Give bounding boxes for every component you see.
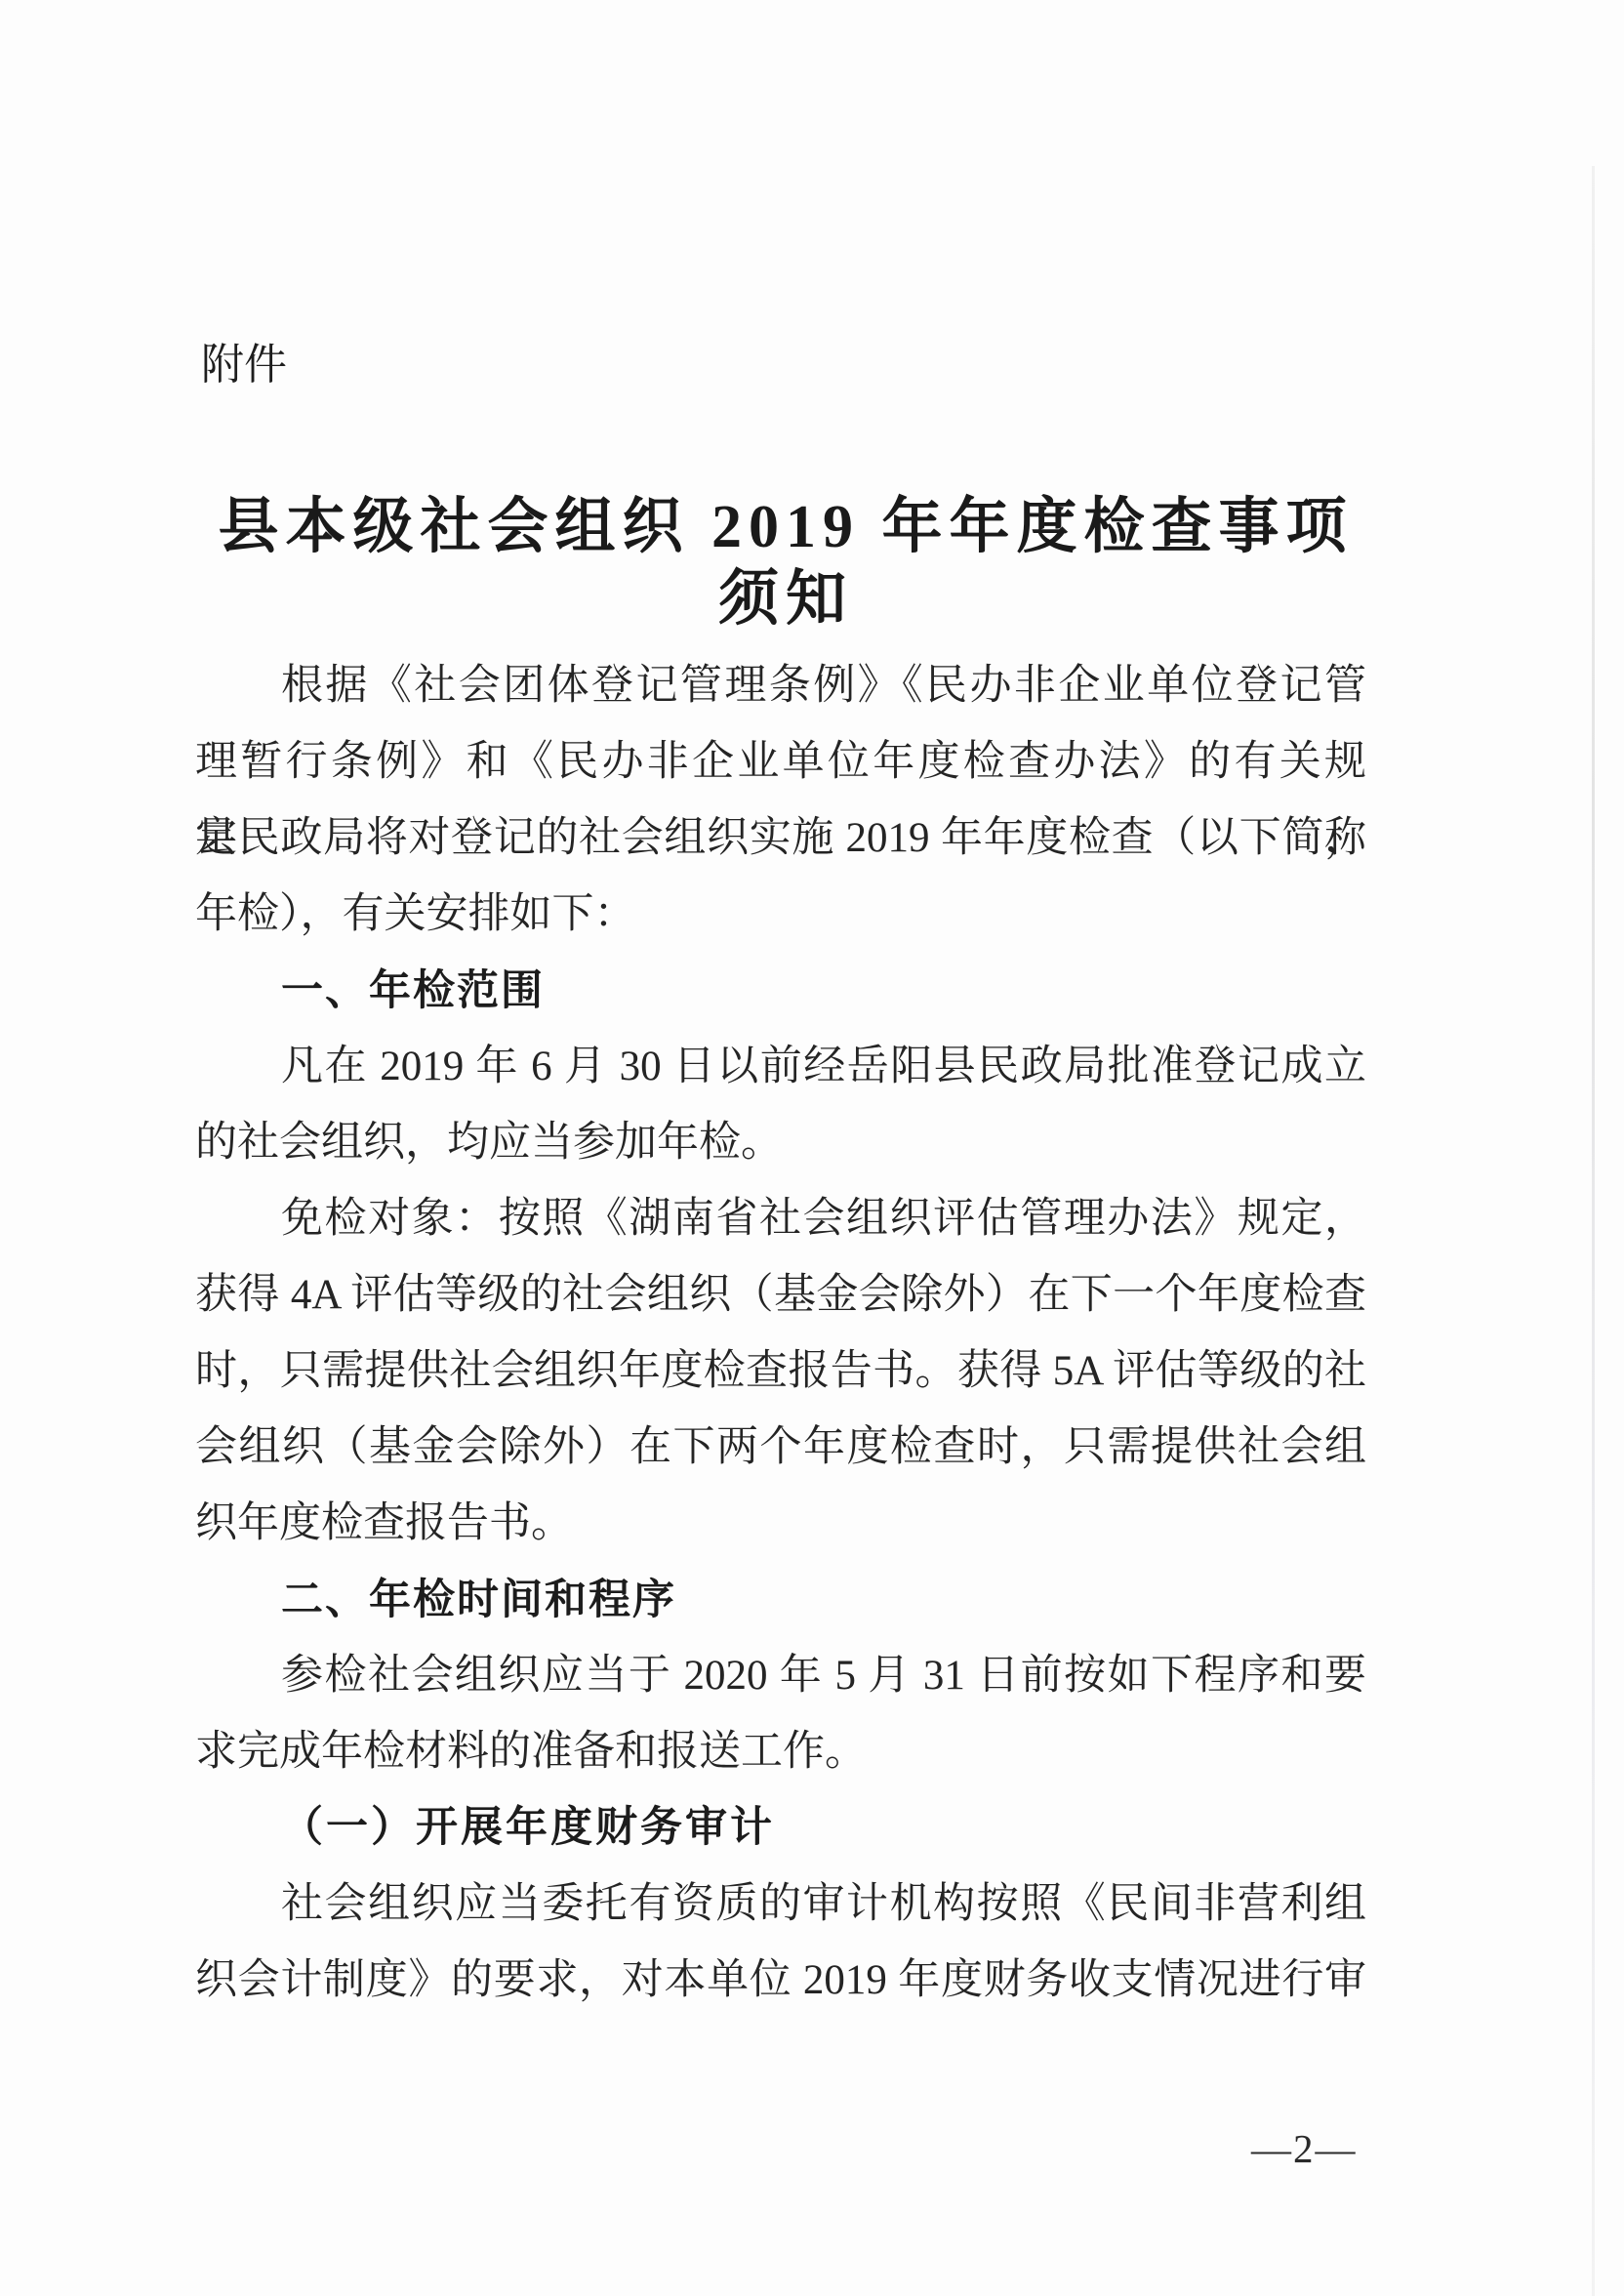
- body-line: 会组织（基金会除外）在下两个年度检查时，只需提供社会组: [195, 1410, 1366, 1486]
- body-line: 的社会组织，均应当参加年检。: [195, 1105, 1366, 1181]
- body-line: 县民政局将对登记的社会组织实施 2019 年年度检查（以下简称: [195, 800, 1366, 877]
- body-line: 织会计制度》的要求，对本单位 2019 年度财务收支情况进行审: [195, 1943, 1366, 2019]
- body-line: 参检社会组织应当于 2020 年 5 月 31 日前按如下程序和要: [195, 1638, 1366, 1714]
- body-line: 织年度检查报告书。: [195, 1486, 1366, 1562]
- scan-edge-artifact: [1592, 166, 1595, 2296]
- body-line: 社会组织应当委托有资质的审计机构按照《民间非营利组: [195, 1866, 1366, 1943]
- heading-annual-inspection-scope: 一、年检范围: [195, 953, 1366, 1029]
- body-line: 求完成年检材料的准备和报送工作。: [195, 1714, 1366, 1790]
- body-line: 凡在 2019 年 6 月 30 日以前经岳阳县民政局批准登记成立: [195, 1029, 1366, 1105]
- page-number: —2—: [1251, 2126, 1358, 2171]
- body-line: 年检），有关安排如下：: [195, 877, 1366, 953]
- body-line: 根据《社会团体登记管理条例》《民办非企业单位登记管: [195, 648, 1366, 724]
- body-line: 免检对象：按照《湖南省社会组织评估管理办法》规定，: [195, 1181, 1366, 1257]
- scanned-document-page: 附件 县本级社会组织 2019 年年度检查事项须知 根据《社会团体登记管理条例》…: [0, 0, 1624, 2296]
- heading-annual-inspection-time-procedure: 二、年检时间和程序: [195, 1562, 1366, 1638]
- document-body: 根据《社会团体登记管理条例》《民办非企业单位登记管 理暂行条例》和《民办非企业单…: [195, 648, 1366, 2019]
- document-title: 县本级社会组织 2019 年年度检查事项须知: [185, 491, 1386, 635]
- body-line: 获得 4A 评估等级的社会组织（基金会除外）在下一个年度检查: [195, 1257, 1366, 1333]
- body-line: 理暂行条例》和《民办非企业单位年度检查办法》的有关规定，: [195, 724, 1366, 800]
- attachment-label: 附件: [201, 340, 287, 390]
- body-line: 时，只需提供社会组织年度检查报告书。获得 5A 评估等级的社: [195, 1333, 1366, 1410]
- heading-annual-financial-audit: （一）开展年度财务审计: [195, 1790, 1366, 1866]
